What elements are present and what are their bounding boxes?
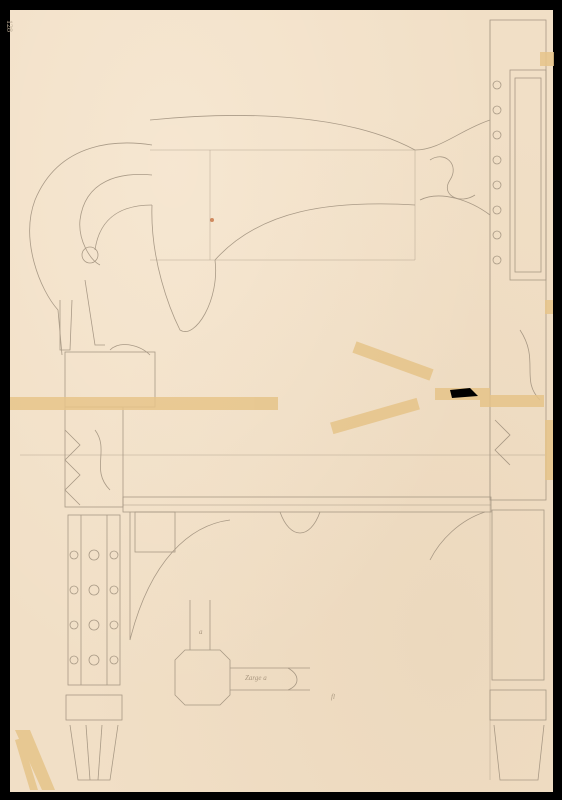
- masking-tape: [10, 52, 554, 790]
- swan-head-armrest: [30, 115, 415, 355]
- corner-inscription: 128: [5, 20, 14, 32]
- faint-mark: fl: [331, 693, 335, 701]
- chair-drawing: [0, 0, 562, 800]
- label-zarge-a: Zarge a: [245, 674, 267, 682]
- seat-rail: [123, 497, 491, 640]
- label-a: a: [199, 628, 203, 636]
- cross-section-detail: [175, 600, 310, 705]
- backrest-carving: [415, 120, 490, 215]
- stain: [210, 218, 214, 222]
- left-front-leg: [65, 352, 155, 780]
